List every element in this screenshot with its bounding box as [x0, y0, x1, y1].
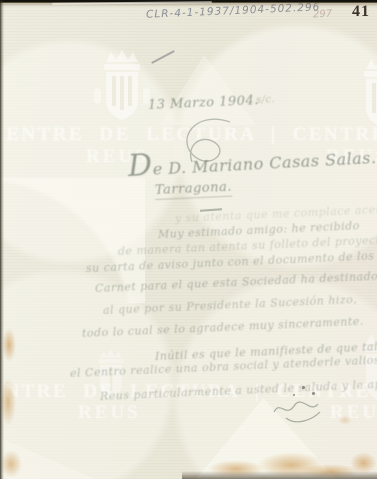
ink-speck: [293, 394, 295, 396]
foxing-stain: [338, 415, 352, 425]
watermark-reus: REUS: [78, 402, 141, 424]
bottom-left-corner-shadow: [0, 446, 26, 479]
pencil-check-stroke: [151, 50, 175, 64]
crest-watermark-icon: [352, 55, 377, 133]
place-line: Tarragona.: [155, 180, 233, 198]
handwriting-line: todo lo cual se lo agradece muy sinceram…: [82, 315, 364, 340]
background-wedge-highlight: [160, 55, 256, 125]
scanned-letter-page: CENTRE DE LECTURA | CENTRE DE REUS REUS …: [0, 0, 377, 479]
ink-speck: [302, 386, 305, 389]
signature-flourish: [272, 398, 328, 424]
ink-speck: [312, 392, 315, 395]
foxing-stain: [2, 328, 16, 362]
place-underlined: Tarragona.: [155, 180, 233, 200]
bottom-edge-shadow: [182, 471, 377, 479]
watermark-reus: REUS: [330, 402, 377, 424]
crest-watermark-icon: [92, 48, 152, 126]
left-edge-shadow: [0, 0, 4, 479]
archival-reference-ghost: 297: [313, 9, 333, 21]
letter-date-tail: s/c.: [256, 94, 276, 106]
